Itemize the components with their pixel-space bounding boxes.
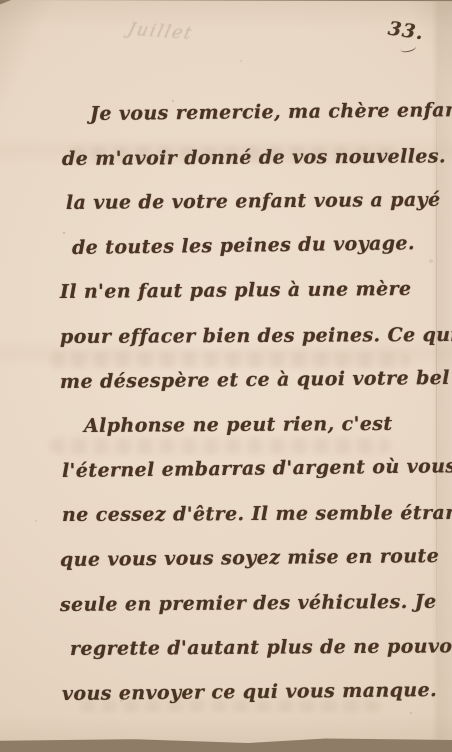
letter-line: seule en premier des véhicules. Je — [60, 579, 440, 627]
letter-line: pour effacer bien des peines. Ce qui — [60, 313, 440, 360]
folio-number-flourish — [399, 42, 416, 53]
paper-speckles — [0, 0, 2, 2]
letter-line: regrette d'autant plus de ne pouvoir — [70, 625, 440, 672]
pencil-annotation: Juillet — [126, 20, 251, 48]
letter-line: que vous vous soyez mise en route — [60, 534, 440, 583]
letter-line: de toutes les peines du voyage. — [72, 221, 441, 271]
letter-line: Il n'en faut pas plus à une mère — [60, 267, 440, 315]
folio-number: 33. — [387, 18, 426, 45]
paper-sheet: Juillet 33. Je vous remercie, ma chère e… — [0, 0, 452, 752]
letter-line: ne cessez d'être. Il me semble étrange — [62, 491, 440, 538]
letter-line: me désespère et ce à quoi votre bel — [60, 356, 440, 405]
letter-line: la vue de votre enfant vous a payé — [66, 178, 440, 226]
letter-line: Alphonse ne peut rien, c'est — [84, 402, 440, 449]
scanned-letter-page: Juillet 33. Je vous remercie, ma chère e… — [0, 0, 452, 752]
letter-line: de m'avoir donné de vos nouvelles. — [62, 134, 440, 181]
letter-line: vous envoyer ce qui vous manque. — [62, 668, 440, 717]
letter-line: l'éternel embarras d'argent où vous — [62, 444, 441, 493]
handwritten-letter-body: Je vous remercie, ma chère enfant, de m'… — [58, 92, 440, 716]
letter-line: Je vous remercie, ma chère enfant, — [90, 88, 440, 136]
